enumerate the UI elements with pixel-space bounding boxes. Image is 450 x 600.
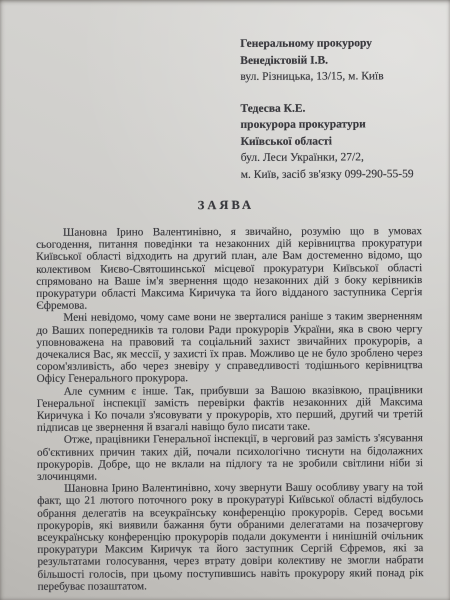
applicant-name: Тедесва К.Е.	[240, 100, 450, 117]
applicant-contact: м. Київ, засіб зв'язку 099-290-55-59	[241, 166, 450, 183]
address-block: Генеральному прокурору Венедіктовій І.В.…	[240, 35, 450, 183]
recipient-address: вул. Різницька, 13/15, м. Київ	[240, 68, 450, 85]
recipient-name: Венедіктовій І.В.	[240, 52, 450, 69]
applicant-region: Київської області	[241, 133, 450, 150]
applicant-position: прокурора прокуратури	[241, 116, 450, 133]
paragraph-1: Шановна Ірино Валентинівно, я звичайно, …	[36, 225, 422, 312]
paragraph-5: Шановна Ірино Валентинівно, хочу звернут…	[37, 481, 423, 593]
paragraph-2: Мені невідомо, чому саме вони не звертал…	[36, 311, 422, 386]
applicant-block: Тедесва К.Е. прокурора прокуратури Київс…	[240, 100, 450, 183]
document-body: Шановна Ірино Валентинівно, я звичайно, …	[1, 225, 450, 593]
document-title: ЗАЯВА	[1, 197, 450, 214]
document-photo: Генеральному прокурору Венедіктовій І.В.…	[0, 0, 450, 600]
recipient-block: Генеральному прокурору Венедіктовій І.В.…	[240, 35, 450, 85]
paragraph-3: Але сумним є інше. Так, прибувши за Вашо…	[37, 384, 423, 434]
recipient-title: Генеральному прокурору	[240, 35, 450, 52]
paragraph-4: Отже, працівники Генеральної інспекції, …	[37, 433, 423, 483]
applicant-address: бул. Леси Українки, 27/2,	[241, 149, 450, 166]
paper-page: Генеральному прокурору Венедіктовій І.В.…	[0, 0, 450, 593]
